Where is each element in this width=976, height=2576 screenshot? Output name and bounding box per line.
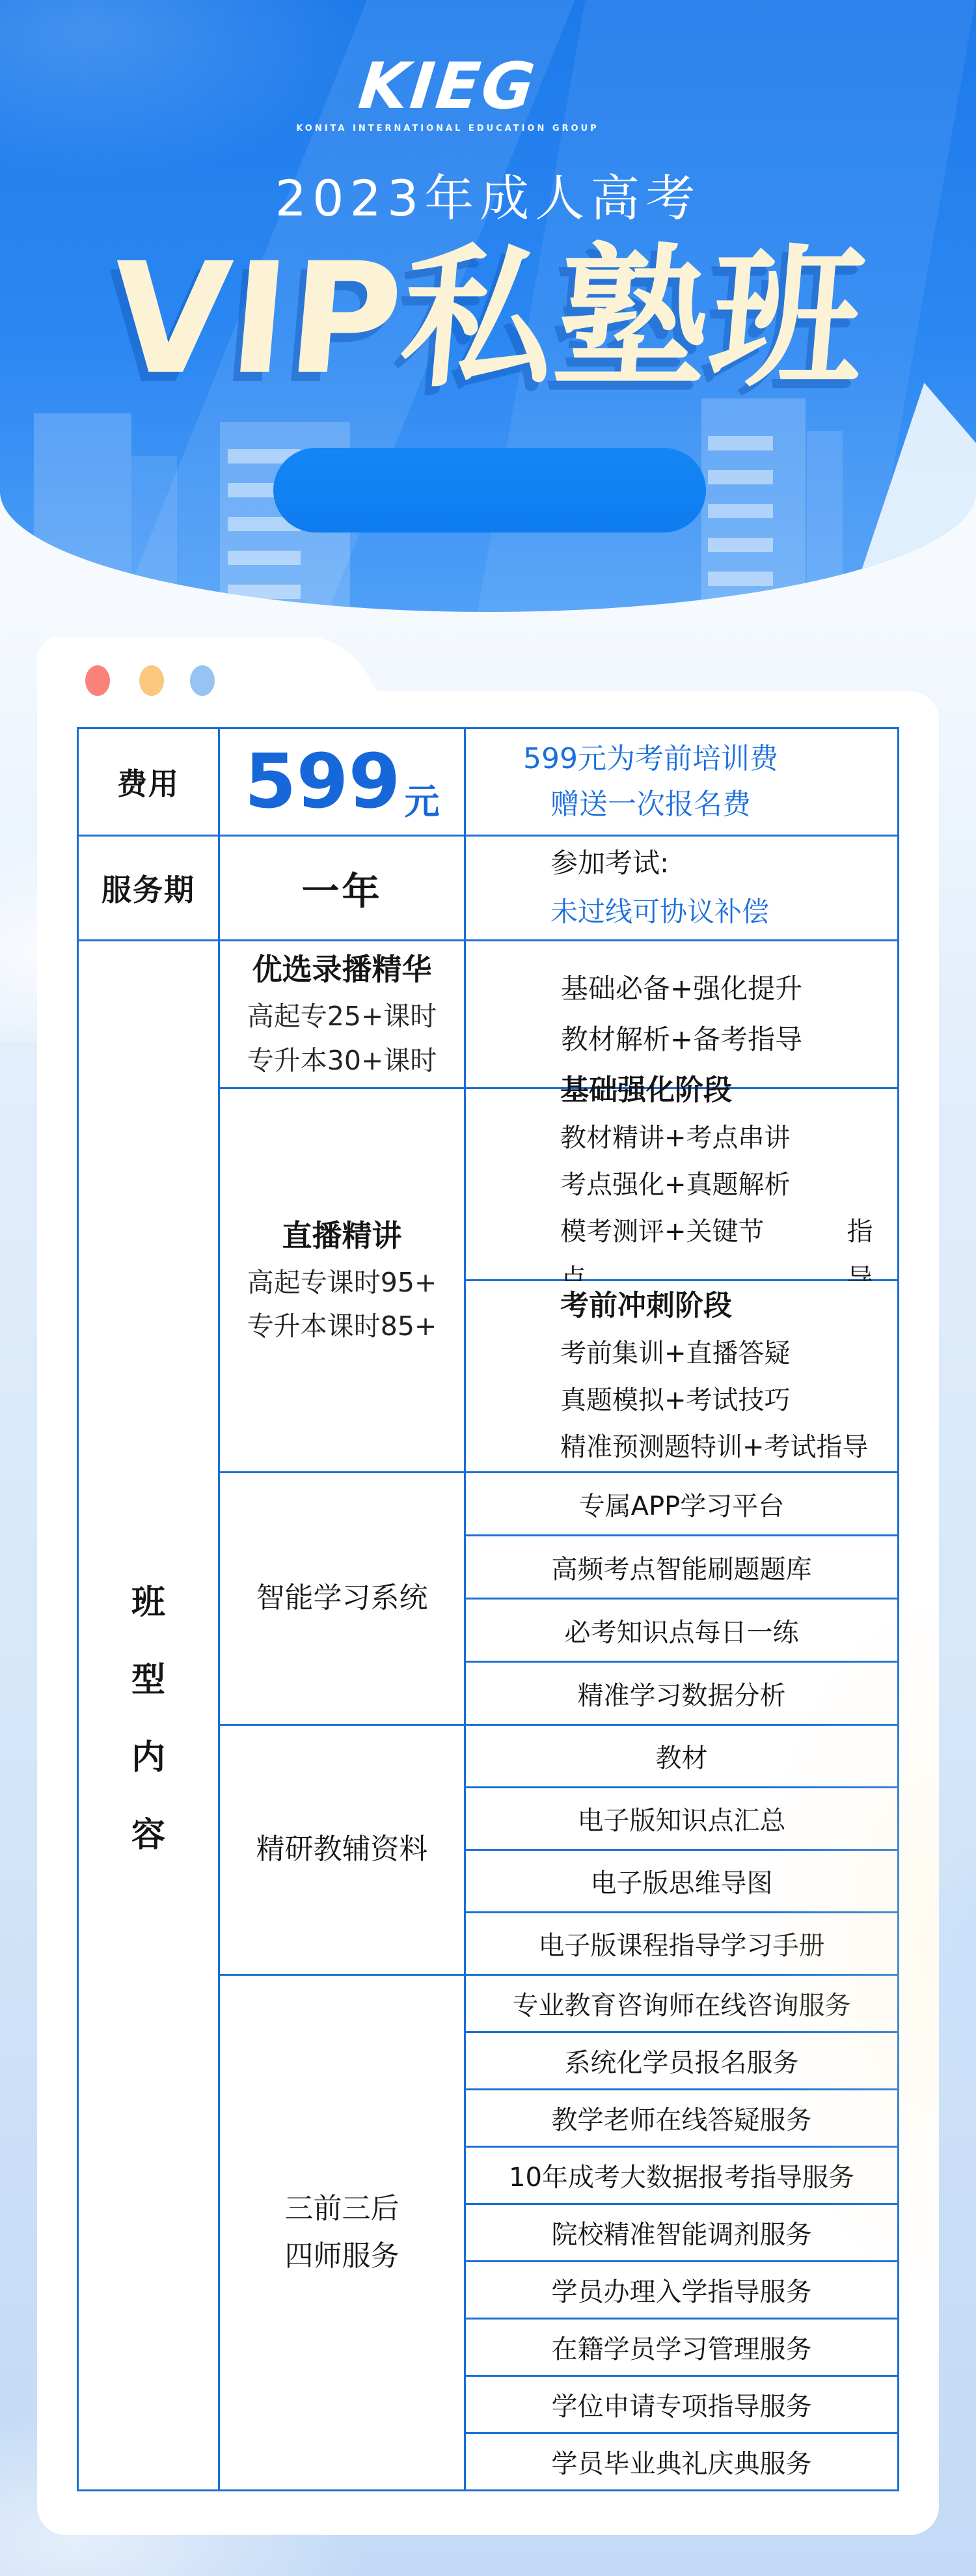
content-card: 费用 599 元 599元为考前培训费 赠送一次报名费 服务期 一年 参加考试:… (37, 691, 939, 2535)
fee-label: 费用 (79, 729, 218, 835)
section-title: 优选录播精华 (252, 945, 432, 995)
cta-pill-button (273, 448, 706, 533)
table-row-item: 系统化学员报名服务 (466, 2033, 897, 2088)
table-row-item: 学员毕业典礼庆典服务 (466, 2434, 897, 2489)
table-row-item: 高频考点智能刷题题库 (466, 1536, 897, 1598)
table-row-item: 电子版思维导图 (466, 1851, 897, 1911)
fee-price: 599 元 (220, 729, 464, 835)
content-line: 基础必备+强化提升 (561, 963, 802, 1014)
brand-logo: KIEG (356, 55, 539, 118)
section-sub: 专升本30+课时 (247, 1039, 437, 1083)
section-sub: 高起专课时95+ (247, 1261, 437, 1305)
table-row-item: 专属APP学习平台 (466, 1473, 897, 1534)
stage-title: 基础强化阶段 (560, 1066, 732, 1108)
stage-line: 考前集训+直播答疑 (560, 1330, 791, 1377)
section-content-recorded: 基础必备+强化提升 教材解析+备考指导 (466, 941, 897, 1087)
brand-logo-subtitle: KONITA INTERNATIONAL EDUCATION GROUP (0, 124, 936, 133)
table-row-item: 学位申请专项指导服务 (466, 2377, 897, 2432)
vertical-char: 容 (131, 1807, 165, 1856)
building-windows (708, 436, 773, 599)
hero-banner: KIEG KONITA INTERNATIONAL EDUCATION GROU… (0, 0, 976, 612)
table-row-item: 学员办理入学指导服务 (466, 2262, 897, 2318)
section-sub: 高起专25+课时 (247, 995, 437, 1039)
stage-title: 考前冲刺阶段 (560, 1282, 732, 1323)
table-row-item: 电子版课程指导学习手册 (466, 1913, 897, 1974)
hero-year-line: 2023年成人高考 (0, 159, 976, 230)
section-name-live: 直播精讲 高起专课时95+ 专升本课时85+ (220, 1089, 464, 1471)
price-unit: 元 (405, 774, 440, 824)
table-row-item: 院校精准智能调剂服务 (466, 2205, 897, 2260)
section-name-services: 三前三后 四师服务 (220, 1976, 464, 2489)
mountain-shape (846, 383, 976, 612)
pricing-table: 费用 599 元 599元为考前培训费 赠送一次报名费 服务期 一年 参加考试:… (77, 727, 899, 2491)
hero-main-title: VIP私塾班 (0, 236, 976, 404)
stage-line: 教材精讲+考点串讲 (560, 1115, 791, 1161)
building-silhouette (701, 398, 806, 612)
section-name-recorded: 优选录播精华 高起专25+课时 专升本30+课时 (220, 941, 464, 1087)
table-row-item: 精准学习数据分析 (466, 1663, 897, 1724)
section-sub: 专升本课时85+ (247, 1305, 437, 1349)
fee-note: 599元为考前培训费 赠送一次报名费 (466, 729, 897, 835)
window-dot-red (85, 665, 110, 696)
stage-basic: 基础强化阶段 教材精讲+考点串讲 考点强化+真题解析 模考测评+关键节点 指导 (466, 1089, 897, 1279)
table-row-item: 电子版知识点汇总 (466, 1788, 897, 1849)
section-name-smart: 智能学习系统 (220, 1473, 464, 1724)
window-tab (37, 637, 323, 695)
fee-note-line: 599元为考前培训费 (508, 736, 794, 782)
poster-page: KIEG KONITA INTERNATIONAL EDUCATION GROU… (0, 0, 976, 2576)
table-row-item: 在籍学员学习管理服务 (466, 2320, 897, 2375)
section-title: 三前三后 (285, 2185, 400, 2233)
content-line: 教材解析+备考指导 (561, 1014, 802, 1065)
table-row-item: 10年成考大数据报考指导服务 (466, 2148, 897, 2203)
service-label: 服务期 (79, 837, 218, 939)
service-note-plain: 参加考试: (550, 839, 669, 888)
price-number: 599 (244, 745, 400, 820)
service-value: 一年 (220, 837, 464, 939)
vertical-char: 内 (131, 1730, 165, 1779)
vertical-char: 班 (131, 1575, 165, 1624)
section-title: 直播精讲 (282, 1212, 402, 1261)
table-row-item: 教学老师在线答疑服务 (466, 2090, 897, 2146)
stage-sprint: 考前冲刺阶段 考前集训+直播答疑 真题模拟+考试技巧 精准预测题特训+考试指导 (466, 1281, 897, 1471)
stage-line: 考点强化+真题解析 (560, 1161, 791, 1208)
section-title: 四师服务 (285, 2233, 400, 2280)
table-row-item: 必考知识点每日一练 (466, 1600, 897, 1661)
building-silhouette (34, 413, 131, 612)
stage-line: 真题模拟+考试技巧 (560, 1377, 791, 1424)
fee-note-line: 赠送一次报名费 (508, 782, 794, 827)
section-title: 精研教辅资料 (256, 1826, 428, 1874)
brand-logo-block: KIEG KONITA INTERNATIONAL EDUCATION GROU… (0, 55, 936, 133)
service-note-blue: 未过线可协议补偿 (550, 888, 769, 937)
window-dot-yellow (139, 665, 164, 696)
content-block-label: 班 型 内 容 (79, 941, 218, 2489)
building-silhouette (807, 431, 843, 612)
stage-line: 精准预测题特训+考试指导 (560, 1424, 869, 1471)
section-title: 智能学习系统 (256, 1575, 428, 1622)
section-name-materials: 精研教辅资料 (220, 1726, 464, 1974)
building-silhouette (131, 456, 177, 612)
service-note: 参加考试: 未过线可协议补偿 (466, 837, 897, 939)
window-dot-blue (190, 665, 215, 696)
vertical-char: 型 (131, 1652, 165, 1701)
table-row-item: 教材 (466, 1726, 897, 1786)
table-row-item: 专业教育咨询师在线咨询服务 (466, 1976, 897, 2031)
